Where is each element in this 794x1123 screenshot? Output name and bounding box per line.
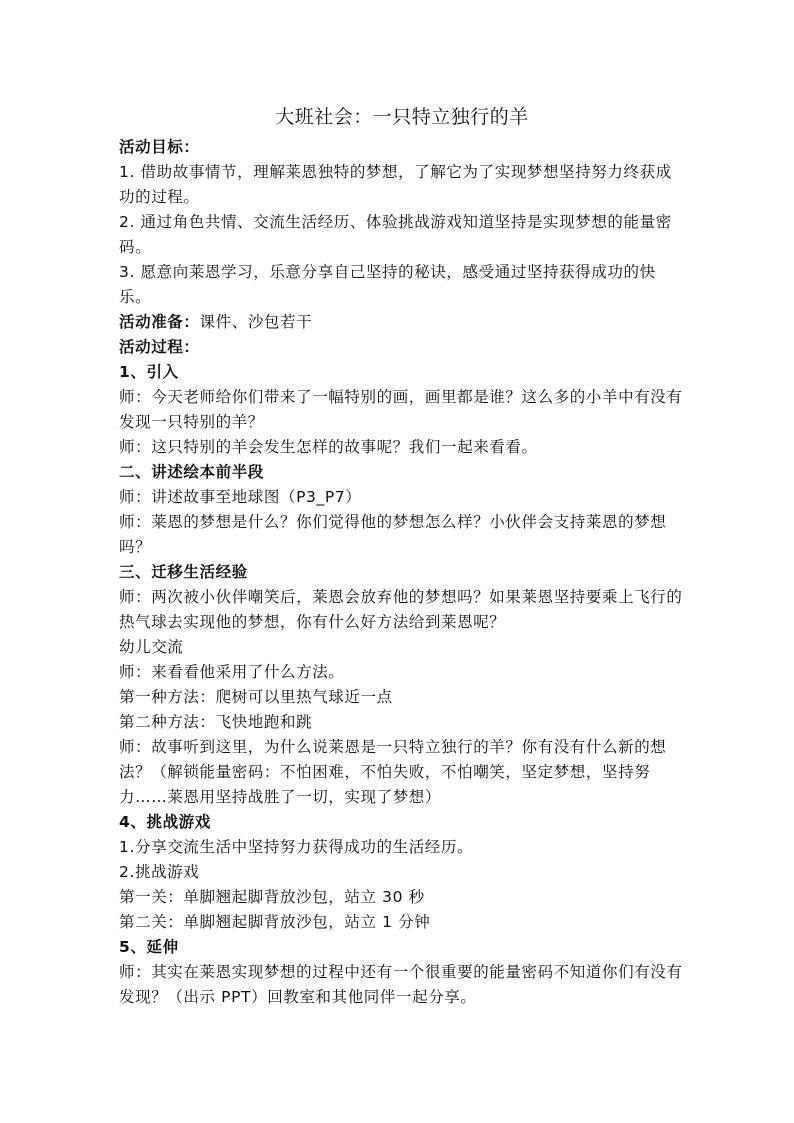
section-line: 师：这只特别的羊会发生怎样的故事呢？我们一起来看看。 bbox=[119, 435, 685, 460]
section-line: 第二关：单脚翘起脚背放沙包，站立 1 分钟 bbox=[119, 910, 685, 935]
section-line: 师：其实在莱恩实现梦想的过程中还有一个很重要的能量密码不知道你们有没有发现？（出… bbox=[119, 960, 685, 1010]
document-title: 大班社会：一只特立独行的羊 bbox=[119, 102, 685, 132]
goal-item-3: 3. 愿意向莱恩学习，乐意分享自己坚持的秘诀，感受通过坚持获得成功的快乐。 bbox=[119, 260, 685, 310]
section-line: 幼儿交流 bbox=[119, 635, 685, 660]
section-heading-intro: 1、引入 bbox=[119, 360, 685, 385]
goal-item-2: 2. 通过角色共情、交流生活经历、体验挑战游戏知道坚持是实现梦想的能量密码。 bbox=[119, 210, 685, 260]
section-line: 1.分享交流生活中坚持努力获得成功的生活经历。 bbox=[119, 835, 685, 860]
document-page: 大班社会：一只特立独行的羊 活动目标： 1. 借助故事情节，理解莱恩独特的梦想，… bbox=[119, 102, 685, 1010]
section-heading-extension: 5、延伸 bbox=[119, 935, 685, 960]
section-line: 师：故事听到这里，为什么说莱恩是一只特立独行的羊？你有没有什么新的想法？（解锁能… bbox=[119, 735, 685, 810]
preparation-line: 活动准备：课件、沙包若干 bbox=[119, 310, 685, 335]
section-line: 2.挑战游戏 bbox=[119, 860, 685, 885]
section-line: 师：莱恩的梦想是什么？你们觉得他的梦想怎么样？小伙伴会支持莱恩的梦想吗？ bbox=[119, 510, 685, 560]
section-line: 第一关：单脚翘起脚背放沙包，站立 30 秒 bbox=[119, 885, 685, 910]
section-line: 师：两次被小伙伴嘲笑后，莱恩会放弃他的梦想吗？如果莱恩坚持要乘上飞行的热气球去实… bbox=[119, 585, 685, 635]
preparation-text: 课件、沙包若干 bbox=[200, 313, 313, 331]
goal-item-1: 1. 借助故事情节，理解莱恩独特的梦想，了解它为了实现梦想坚持努力终获成功的过程… bbox=[119, 160, 685, 210]
goals-heading: 活动目标： bbox=[119, 135, 685, 160]
section-heading-story: 二、讲述绘本前半段 bbox=[119, 460, 685, 485]
section-heading-experience: 三、迁移生活经验 bbox=[119, 560, 685, 585]
section-line: 师：来看看他采用了什么方法。 bbox=[119, 660, 685, 685]
preparation-heading: 活动准备： bbox=[119, 313, 200, 331]
section-heading-game: 4、挑战游戏 bbox=[119, 810, 685, 835]
process-heading: 活动过程： bbox=[119, 335, 685, 360]
section-line: 第二种方法：飞快地跑和跳 bbox=[119, 710, 685, 735]
section-line: 第一种方法：爬树可以里热气球近一点 bbox=[119, 685, 685, 710]
section-line: 师：讲述故事至地球图（P3_P7） bbox=[119, 485, 685, 510]
section-line: 师：今天老师给你们带来了一幅特别的画，画里都是谁？这么多的小羊中有没有发现一只特… bbox=[119, 385, 685, 435]
